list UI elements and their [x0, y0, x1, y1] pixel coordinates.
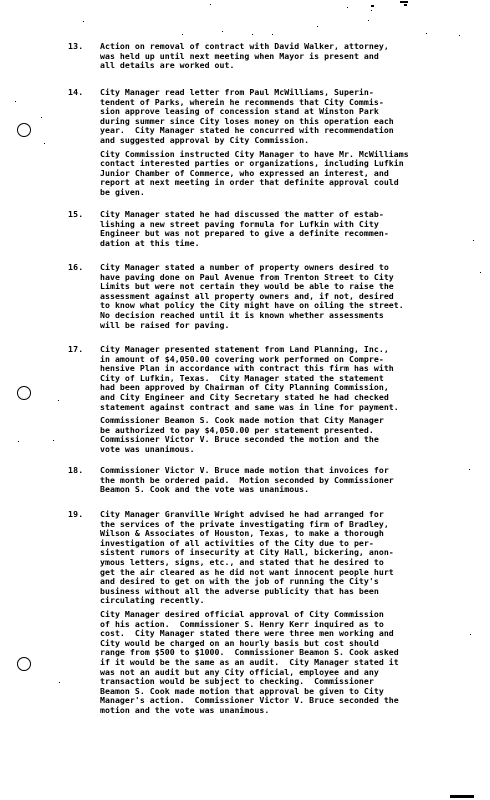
- item-number: 16.: [68, 263, 96, 273]
- punch-hole-middle: [17, 386, 31, 400]
- item-body: Commissioner Victor V. Bruce made motion…: [100, 466, 488, 495]
- item-paragraph: Commissioner Beamon S. Cook made motion …: [100, 416, 488, 454]
- scan-smudge-top-right-3: [371, 5, 374, 7]
- scan-speck: [371, 10, 372, 11]
- item-body: City Manager Granville Wright advised he…: [100, 510, 488, 715]
- item-paragraph: City Manager stated he had discussed the…: [100, 210, 488, 248]
- scan-speck: [59, 682, 60, 683]
- item-body: City Manager stated he had discussed the…: [100, 210, 488, 248]
- scan-speck: [272, 34, 273, 35]
- scan-speck: [53, 440, 54, 441]
- item-body: Action on removal of contract with David…: [100, 42, 488, 71]
- punch-hole-top: [17, 123, 31, 137]
- scan-speck: [252, 34, 253, 35]
- scan-speck: [347, 7, 348, 8]
- item-paragraph: City Manager stated a number of property…: [100, 263, 488, 330]
- item-paragraph: City Manager Granville Wright advised he…: [100, 510, 488, 606]
- item-body: City Manager presented statement from La…: [100, 345, 488, 455]
- scan-speck: [182, 34, 183, 35]
- item-number: 14.: [68, 88, 96, 98]
- item-body: City Manager stated a number of property…: [100, 263, 488, 330]
- scan-speck: [44, 143, 45, 144]
- item-body: City Manager read letter from Paul McWil…: [100, 88, 488, 198]
- scan-smudge-top-right: [400, 1, 408, 3]
- scan-mark-bottom-right: [450, 795, 474, 798]
- scan-speck: [368, 20, 369, 21]
- scan-speck: [317, 26, 318, 27]
- item-number: 15.: [68, 210, 96, 220]
- scan-speck: [222, 31, 223, 32]
- scan-speck: [210, 4, 211, 5]
- scan-speck: [18, 441, 19, 442]
- scan-speck: [83, 21, 84, 22]
- scan-speck: [459, 35, 460, 36]
- item-number: 19.: [68, 510, 96, 520]
- item-paragraph: City Manager presented statement from La…: [100, 345, 488, 412]
- punch-hole-bottom: [17, 657, 31, 671]
- item-paragraph: Action on removal of contract with David…: [100, 42, 488, 71]
- scanned-document-page: 13. Action on removal of contract with D…: [0, 0, 490, 800]
- item-number: 18.: [68, 466, 96, 476]
- item-number: 13.: [68, 42, 96, 52]
- item-paragraph: City Commission instructed City Manager …: [100, 150, 488, 198]
- scan-speck: [41, 117, 42, 118]
- item-paragraph: City Manager desired official approval o…: [100, 610, 488, 716]
- scan-speck: [58, 400, 59, 401]
- item-number: 17.: [68, 345, 96, 355]
- scan-smudge-top-right-2: [404, 4, 407, 6]
- item-paragraph: Commissioner Victor V. Bruce made motion…: [100, 466, 488, 495]
- scan-speck: [426, 33, 427, 34]
- scan-speck: [15, 101, 16, 102]
- item-paragraph: City Manager read letter from Paul McWil…: [100, 88, 488, 146]
